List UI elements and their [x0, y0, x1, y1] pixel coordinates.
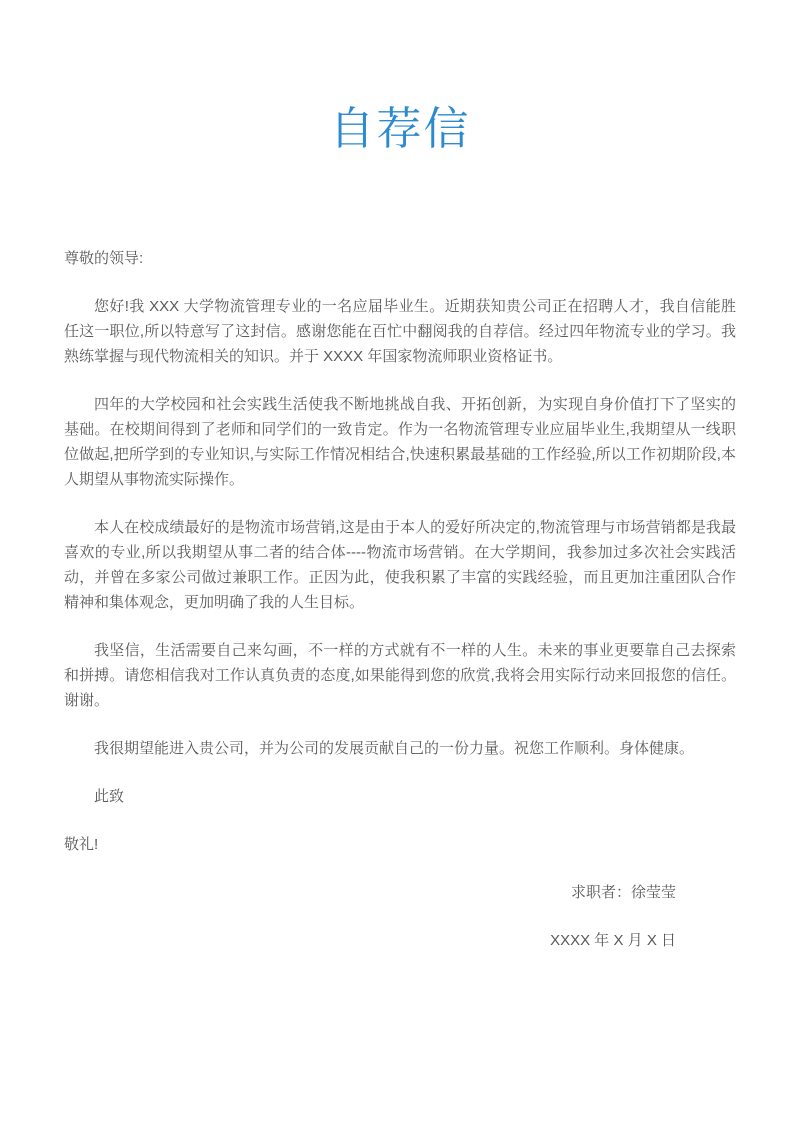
applicant-signature: 求职者：徐莹莹 — [64, 880, 676, 905]
paragraph-major-strengths: 本人在校成绩最好的是物流市场营销,这是由于本人的爱好所决定的,物流管理与市场营销… — [64, 515, 736, 615]
paragraph-intro: 您好!我 XXX 大学物流管理专业的一名应届毕业生。近期获知贵公司正在招聘人才，… — [64, 294, 736, 369]
paragraph-conviction: 我坚信，生活需要自己来勾画，不一样的方式就有不一样的人生。未来的事业更要靠自己去… — [64, 638, 736, 713]
letter-date: XXXX 年 X 月 X 日 — [64, 928, 676, 953]
signature-block: 求职者：徐莹莹 XXXX 年 X 月 X 日 — [64, 880, 736, 953]
page-title: 自荐信 — [64, 102, 736, 156]
letter-page: 自荐信 尊敬的领导: 您好!我 XXX 大学物流管理专业的一名应届毕业生。近期获… — [0, 0, 800, 1132]
closing-salute: 此致 — [64, 784, 736, 809]
paragraph-wishes: 我很期望能进入贵公司，并为公司的发展贡献自己的一份力量。祝您工作顺利。身体健康。 — [64, 736, 736, 761]
salutation: 尊敬的领导: — [64, 246, 736, 271]
closing-respect: 敬礼! — [64, 832, 736, 857]
paragraph-campus-experience: 四年的大学校园和社会实践生活使我不断地挑战自我、开拓创新，为实现自身价值打下了坚… — [64, 392, 736, 492]
